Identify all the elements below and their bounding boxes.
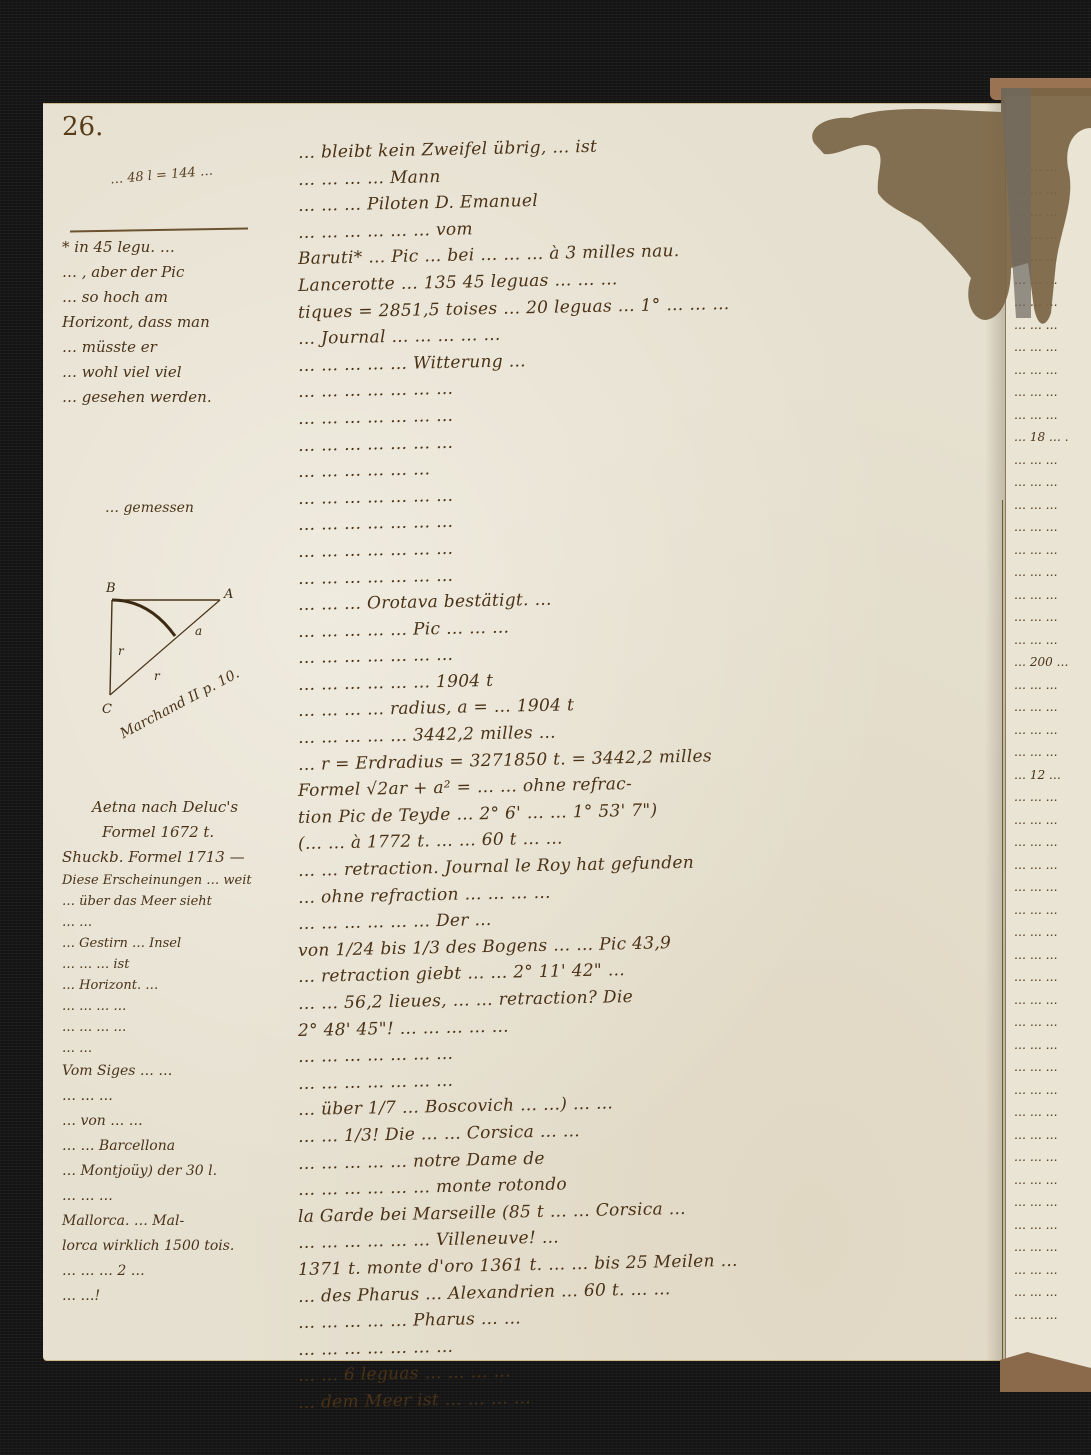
facing-page-line: … … … [1006, 1056, 1091, 1079]
margin-line: … … … ist [62, 954, 297, 975]
facing-page-line: … … … [1006, 966, 1091, 989]
margin-line: lorca wirklich 1500 tois. [62, 1234, 297, 1259]
svg-text:r: r [118, 644, 125, 658]
facing-page-line: … … … [1006, 1304, 1091, 1327]
facing-page-line: … … … [1006, 989, 1091, 1012]
facing-page-line: … … … [1006, 449, 1091, 472]
facing-page-line: … 18 … . [1006, 426, 1091, 449]
margin-line: … über das Meer sieht [62, 891, 297, 912]
facing-page-line: … … … [1006, 1191, 1091, 1214]
margin-line: … müsste er [62, 335, 292, 360]
diagram-label: … gemessen [105, 500, 194, 516]
facing-page-line: … … … [1006, 1011, 1091, 1034]
margin-line: Vom Siges … … [62, 1059, 297, 1084]
margin-line: … so hoch am [62, 285, 292, 310]
facing-page-line: … … … [1006, 539, 1091, 562]
margin-line: Shuckb. Formel 1713 — [62, 845, 297, 870]
margin-line: Horizont, dass man [62, 310, 292, 335]
facing-page-line: … … … [1006, 899, 1091, 922]
margin-line: … von … … [62, 1109, 297, 1134]
facing-page-line: … … … [1006, 809, 1091, 832]
facing-page-line: … … … [1006, 786, 1091, 809]
facing-page-line: … … … [1006, 921, 1091, 944]
facing-page-line: … … … [1006, 674, 1091, 697]
facing-page-line: … … … [1006, 1034, 1091, 1057]
svg-text:a: a [195, 624, 202, 638]
facing-page-line: … … … [1006, 606, 1091, 629]
svg-text:C: C [102, 702, 112, 717]
margin-line: Diese Erscheinungen … weit [62, 870, 297, 891]
margin-line: … … [62, 912, 297, 933]
facing-page-line: … … … [1006, 359, 1091, 382]
facing-page-line: … … … [1006, 696, 1091, 719]
facing-page-line: … … … [1006, 1214, 1091, 1237]
facing-page-line: … … … [1006, 1169, 1091, 1192]
facing-page-line: … … … [1006, 854, 1091, 877]
svg-text:B: B [105, 581, 116, 596]
margin-line: … Horizont. … [62, 975, 297, 996]
facing-page-line: … … … [1006, 1146, 1091, 1169]
margin-line: … … … … [62, 996, 297, 1017]
margin-line: … …! [62, 1284, 297, 1309]
facing-page-line: … … … [1006, 1124, 1091, 1147]
margin-line: Formel 1672 t. [62, 820, 297, 845]
facing-page-line: … … … [1006, 516, 1091, 539]
margin-note-block-1: * in 45 legu. … … , aber der Pic … so ho… [62, 235, 292, 410]
facing-page-line: … … … [1006, 719, 1091, 742]
facing-page-line: … … … [1006, 1236, 1091, 1259]
facing-page-line: … … … [1006, 336, 1091, 359]
margin-line: * in 45 legu. … [62, 235, 292, 260]
facing-page-line: … … … [1006, 876, 1091, 899]
facing-page-line: … … … [1006, 1259, 1091, 1282]
svg-text:A: A [223, 587, 233, 602]
margin-line: Aetna nach Deluc's [62, 795, 297, 820]
margin-note-block-2: Aetna nach Deluc's Formel 1672 t. Shuckb… [62, 795, 297, 1309]
facing-page-line: … … … [1006, 381, 1091, 404]
margin-line: … … … [62, 1184, 297, 1209]
facing-page-line: … … … [1006, 1281, 1091, 1304]
margin-line: … wohl viel viel [62, 360, 292, 385]
facing-page-line: … … … [1006, 471, 1091, 494]
facing-page-line: … … … [1006, 944, 1091, 967]
facing-page-line: … … … [1006, 831, 1091, 854]
facing-page-line: … … … [1006, 1079, 1091, 1102]
facing-page-line: … … … [1006, 629, 1091, 652]
facing-page-line: … … … [1006, 494, 1091, 517]
margin-line: … , aber der Pic [62, 260, 292, 285]
margin-line: Mallorca. … Mal- [62, 1209, 297, 1234]
facing-page-line: … … … [1006, 584, 1091, 607]
main-text-body: … bleibt kein Zweifel übrig, … ist… … … … [298, 140, 988, 1417]
svg-text:r: r [154, 669, 161, 683]
facing-page-line: … … … [1006, 561, 1091, 584]
margin-line: … … [62, 1038, 297, 1059]
folio-number: 26. [62, 112, 103, 142]
margin-line: … Montjoüy) der 30 l. [62, 1159, 297, 1184]
margin-line: … … Barcellona [62, 1134, 297, 1159]
facing-page-line: … 200 … [1006, 651, 1091, 674]
facing-page-line: … … … [1006, 1101, 1091, 1124]
margin-line: … … … … [62, 1017, 297, 1038]
facing-page-line: … … … [1006, 404, 1091, 427]
facing-page-line: … … … [1006, 741, 1091, 764]
margin-line: … Gestirn … Insel [62, 933, 297, 954]
margin-line: … gesehen werden. [62, 385, 292, 410]
margin-line: … … … [62, 1084, 297, 1109]
margin-line: … … … 2 … [62, 1259, 297, 1284]
page-fold-line [1002, 500, 1003, 1360]
facing-page-line: … 12 … [1006, 764, 1091, 787]
